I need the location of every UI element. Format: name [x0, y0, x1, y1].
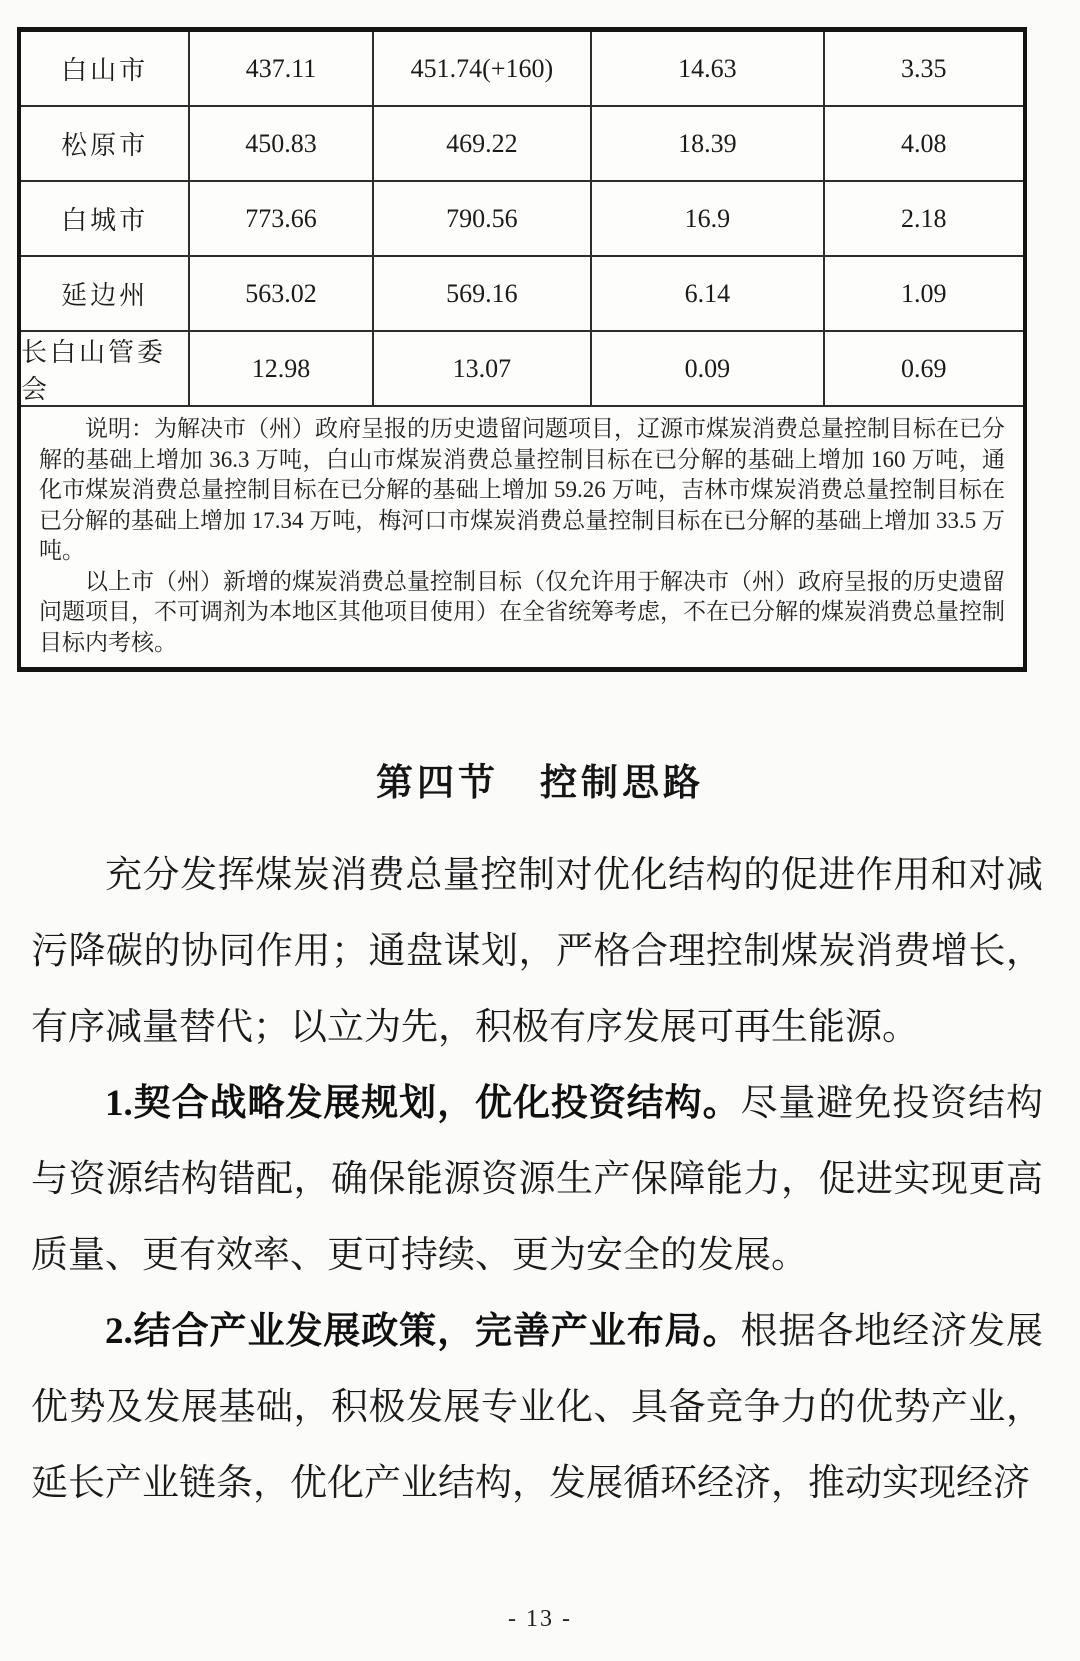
page-number: - 13 - — [0, 1606, 1080, 1633]
table-row: 长白山管委会 12.98 13.07 0.09 0.69 — [21, 332, 1023, 407]
table-cell: 773.66 — [190, 182, 373, 255]
note-paragraph-1: 说明：为解决市（州）政府呈报的历史遗留问题项目，辽源市煤炭消费总量控制目标在已分… — [39, 414, 1005, 567]
table-row: 延边州 563.02 569.16 6.14 1.09 — [21, 257, 1023, 332]
coal-control-table: 白山市 437.11 451.74(+160) 14.63 3.35 松原市 4… — [17, 27, 1027, 672]
body-text: 充分发挥煤炭消费总量控制对优化结构的促进作用和对减污降碳的协同作用；通盘谋划，严… — [31, 838, 1043, 1522]
table-note: 说明：为解决市（州）政府呈报的历史遗留问题项目，辽源市煤炭消费总量控制目标在已分… — [21, 407, 1023, 667]
table-cell: 790.56 — [374, 182, 592, 255]
table-row: 白山市 437.11 451.74(+160) 14.63 3.35 — [21, 32, 1023, 107]
table-cell-region: 长白山管委会 — [21, 332, 190, 405]
table-cell: 3.35 — [825, 32, 1023, 105]
table-cell: 437.11 — [190, 32, 373, 105]
table-row: 松原市 450.83 469.22 18.39 4.08 — [21, 107, 1023, 182]
table-cell: 16.9 — [592, 182, 824, 255]
note-paragraph-2: 以上市（州）新增的煤炭消费总量控制目标（仅允许用于解决市（州）政府呈报的历史遗留… — [39, 567, 1005, 659]
section-heading: 第四节 控制思路 — [0, 752, 1080, 806]
paragraph-3-bold-lead: 2.结合产业发展政策，完善产业布局。 — [105, 1311, 741, 1352]
table-cell: 469.22 — [374, 107, 592, 180]
table-cell: 12.98 — [190, 332, 373, 405]
table-cell-region: 延边州 — [21, 257, 190, 330]
table-cell: 563.02 — [190, 257, 373, 330]
table-cell: 13.07 — [374, 332, 592, 405]
table-cell: 6.14 — [592, 257, 824, 330]
table-cell: 1.09 — [825, 257, 1023, 330]
table-cell-region: 白山市 — [21, 32, 190, 105]
body-paragraph-2: 1.契合战略发展规划，优化投资结构。尽量避免投资结构与资源结构错配，确保能源资源… — [31, 1066, 1043, 1294]
body-paragraph-1: 充分发挥煤炭消费总量控制对优化结构的促进作用和对减污降碳的协同作用；通盘谋划，严… — [31, 838, 1043, 1066]
table-cell: 14.63 — [592, 32, 824, 105]
table-cell: 0.09 — [592, 332, 824, 405]
table-cell-region: 松原市 — [21, 107, 190, 180]
table-row: 白城市 773.66 790.56 16.9 2.18 — [21, 182, 1023, 257]
body-paragraph-3: 2.结合产业发展政策，完善产业布局。根据各地经济发展优势及发展基础，积极发展专业… — [31, 1294, 1043, 1522]
table-cell: 451.74(+160) — [374, 32, 592, 105]
table-cell: 569.16 — [374, 257, 592, 330]
table-cell: 2.18 — [825, 182, 1023, 255]
paragraph-2-bold-lead: 1.契合战略发展规划，优化投资结构。 — [105, 1083, 741, 1124]
table-cell: 18.39 — [592, 107, 824, 180]
table-cell: 4.08 — [825, 107, 1023, 180]
table-cell: 0.69 — [825, 332, 1023, 405]
table-cell-region: 白城市 — [21, 182, 190, 255]
table-cell: 450.83 — [190, 107, 373, 180]
